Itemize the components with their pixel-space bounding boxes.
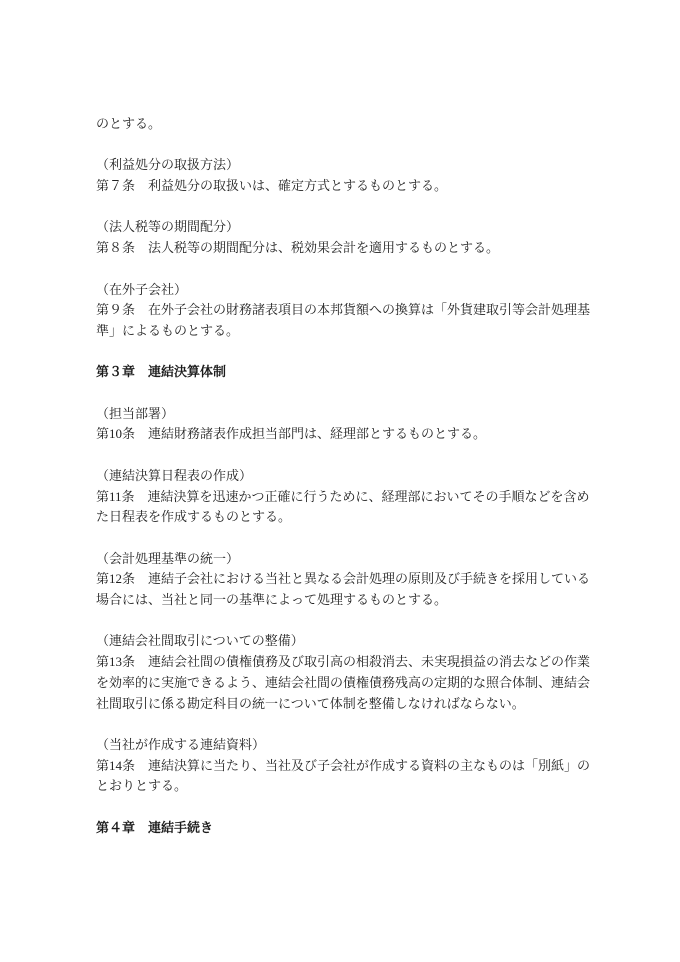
article-14-consolidation-materials: （当社が作成する連結資料） 第14条 連結決算に当たり、当社及び子会社が作成する… (96, 735, 596, 797)
article-9-overseas-subsidiaries: （在外子会社） 第９条 在外子会社の財務諸表項目の本邦貨額への換算は「外貨建取引… (96, 280, 596, 342)
paragraph-continuation: のとする。 (96, 114, 596, 135)
chapter-3-heading: 第３章 連結決算体制 (96, 362, 596, 383)
article-10-responsible-department: （担当部署） 第10条 連結財務諸表作成担当部門は、経理部とするものとする。 (96, 404, 596, 445)
document-page: のとする。 （利益処分の取扱方法） 第７条 利益処分の取扱いは、確定方式とするも… (0, 0, 680, 962)
article-12-accounting-standards-unification: （会計処理基準の統一） 第12条 連結子会社における当社と異なる会計処理の原則及… (96, 549, 596, 611)
chapter-4-heading: 第４章 連結手続き (96, 818, 596, 839)
article-8-corporate-tax: （法人税等の期間配分） 第８条 法人税等の期間配分は、税効果会計を適用するものと… (96, 217, 596, 258)
article-11-schedule-table: （連結決算日程表の作成） 第11条 連結決算を迅速かつ正確に行うために、経理部に… (96, 466, 596, 528)
article-7-profit-appropriation: （利益処分の取扱方法） 第７条 利益処分の取扱いは、確定方式とするものとする。 (96, 155, 596, 196)
document-body: のとする。 （利益処分の取扱方法） 第７条 利益処分の取扱いは、確定方式とするも… (96, 114, 596, 838)
article-13-intercompany-transactions: （連結会社間取引についての整備） 第13条 連結会社間の債権債務及び取引高の相殺… (96, 631, 596, 714)
